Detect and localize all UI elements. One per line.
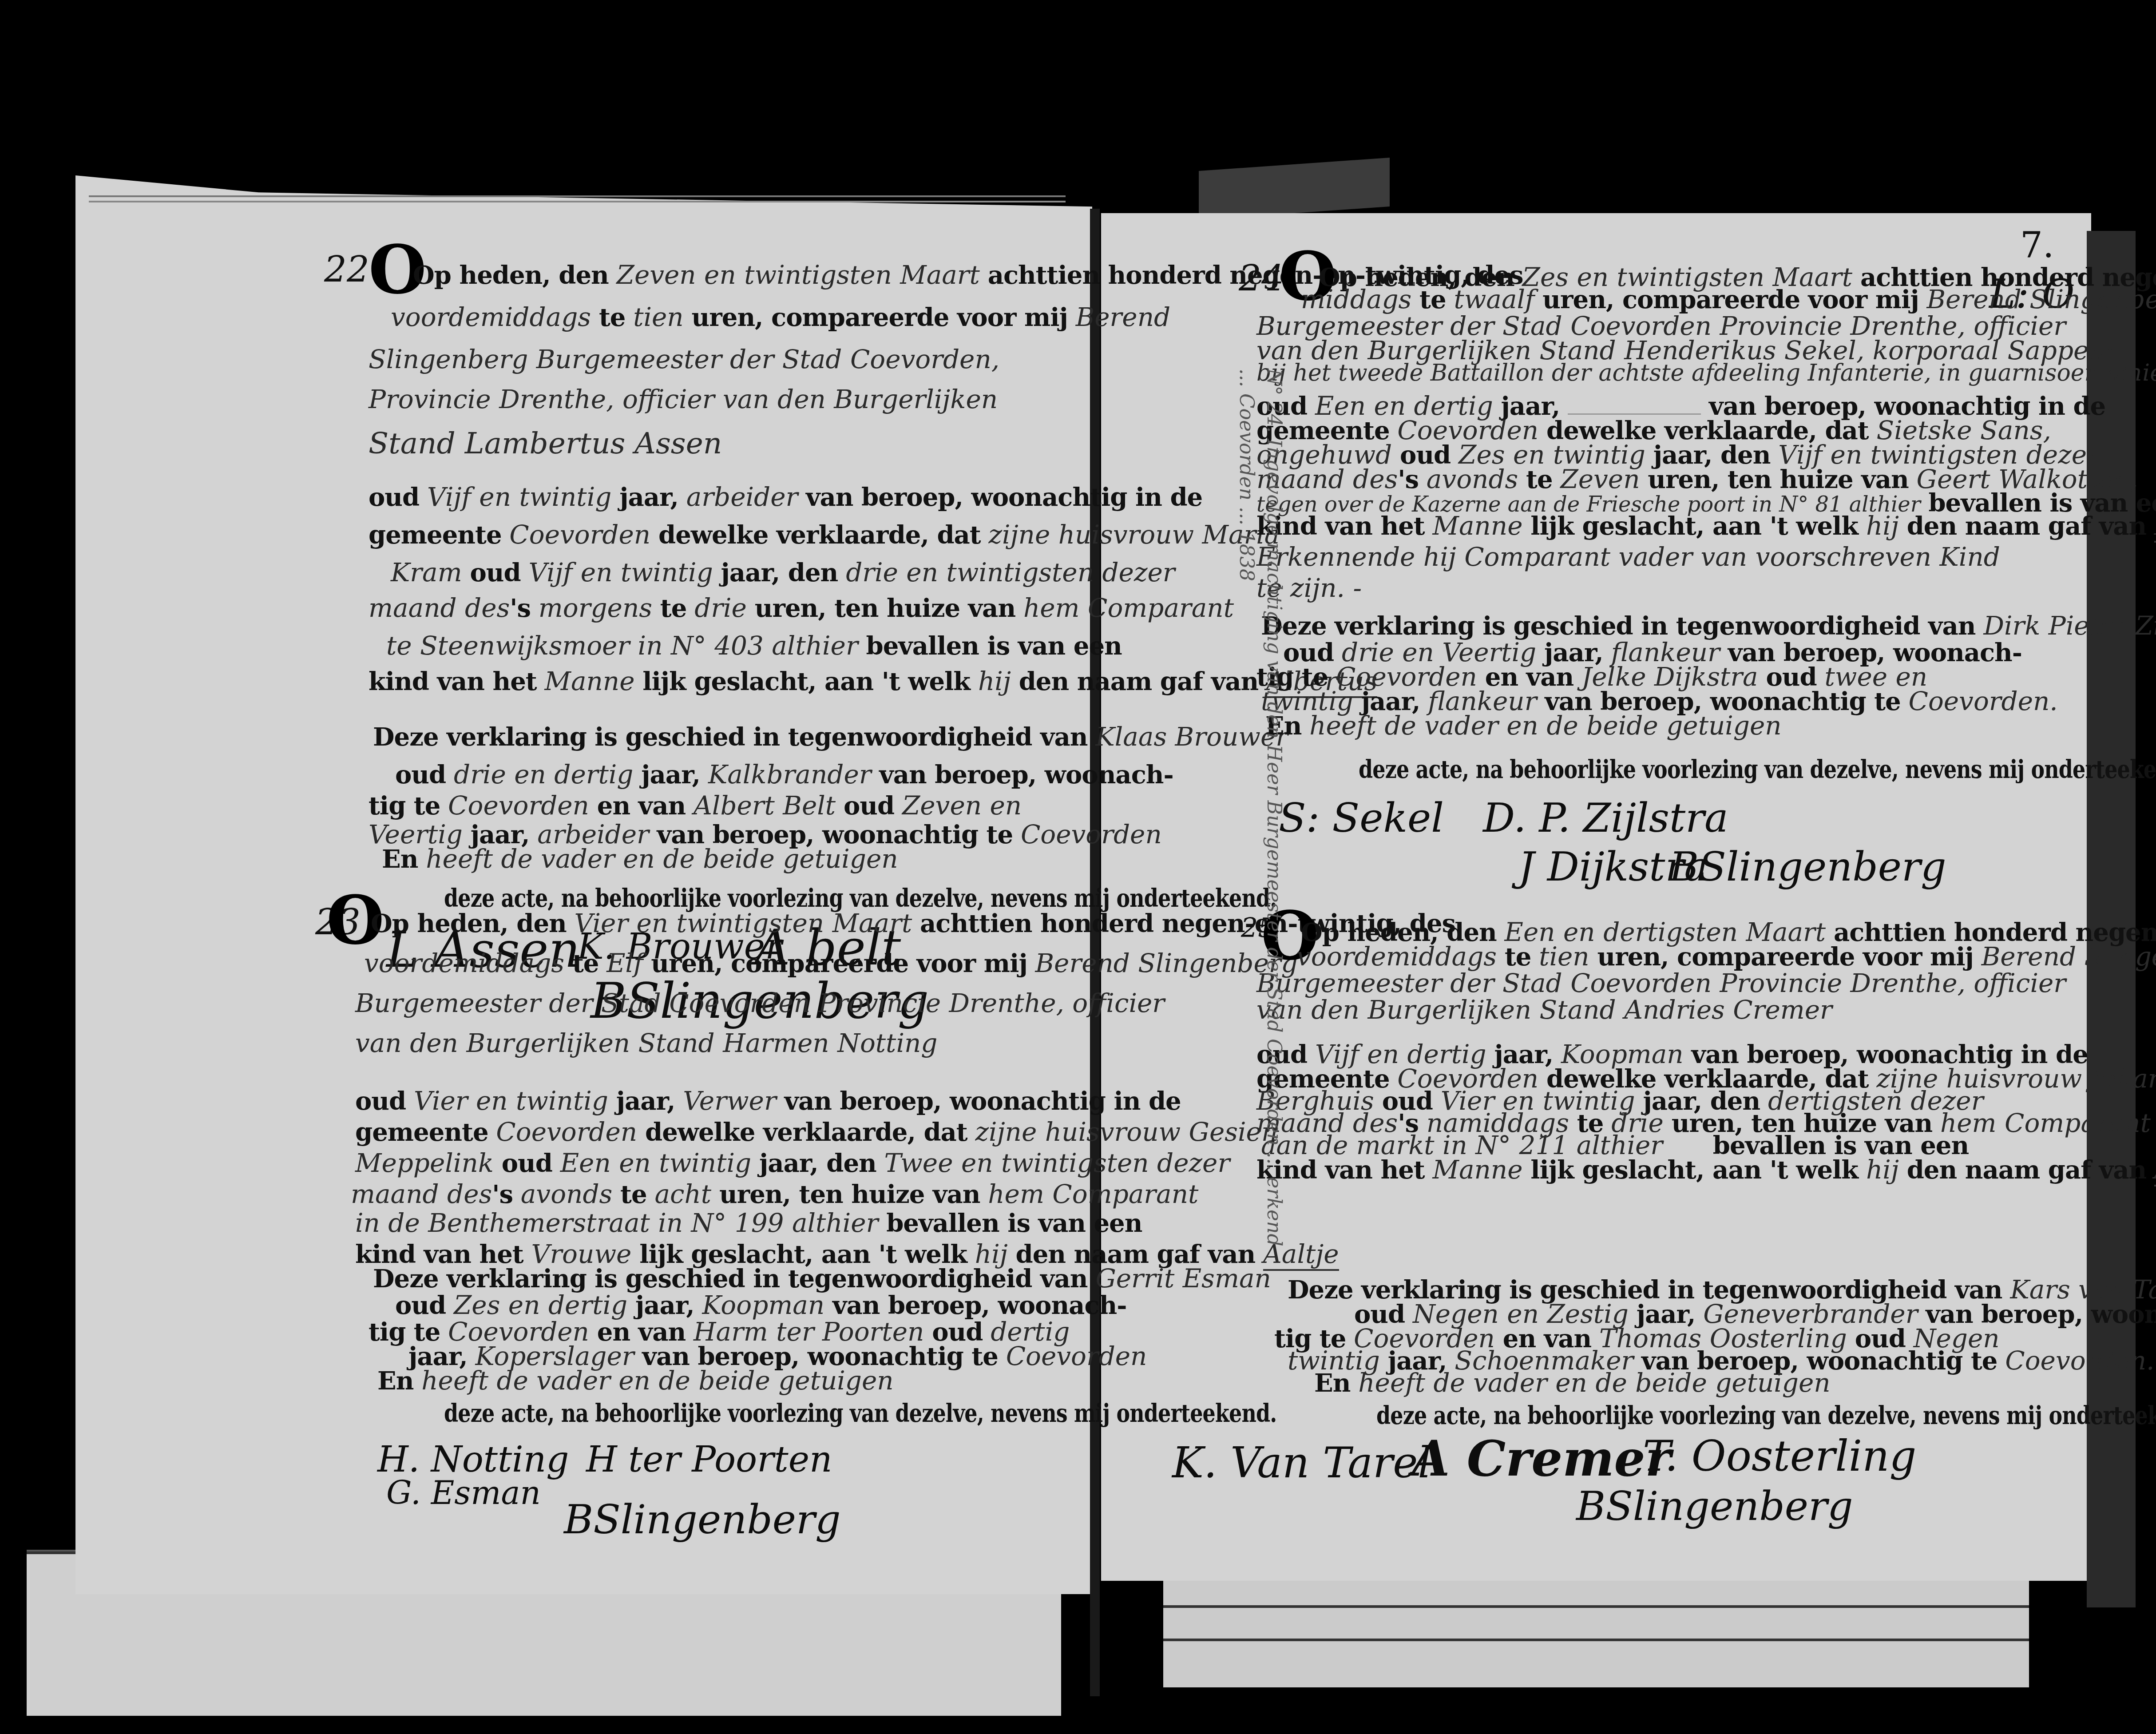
entry-number: 24 — [1239, 258, 1284, 299]
entry-line-4: van den Burgerlijken Stand Andries Creme… — [1256, 995, 1832, 1025]
signature: S: Sekel — [1279, 795, 1444, 841]
entry-line-10: kind van het Manne lijk geslacht, aan 't… — [1256, 1155, 2156, 1185]
witness-line-2: oud Zes en dertig jaar, Koopman van bero… — [395, 1290, 1126, 1320]
registrar-signature: BSlingenberg — [564, 1496, 841, 1543]
entry-line-8: Kram oud Vijf en twintig jaar, den drie … — [391, 557, 1175, 587]
witness-line-2: oud drie en dertig jaar, Kalkbrander van… — [395, 759, 1173, 790]
signature: G. Esman — [386, 1474, 541, 1512]
entry-line-9: in de Benthemerstraat in N° 199 althier … — [355, 1208, 1142, 1238]
entry-line-3: Burgemeester der Stad Coevorden Provinci… — [1256, 968, 2066, 998]
witness-line-5: En heeft de vader en de beide getuigen — [1265, 710, 1782, 741]
signature: H ter Poorten — [586, 1439, 832, 1480]
entry-line-8: maand des's avonds te acht uren, ten hui… — [351, 1179, 1198, 1209]
entry-line-2: voordemiddags te tien uren, compareerde … — [391, 302, 1170, 332]
entry-line-3: Burgemeester der Stad Coevorden Provinci… — [355, 988, 1165, 1018]
witness-line-5: En heeft de vader en de beide getuigen — [382, 844, 898, 874]
closing-line: deze acte, na behoorlijke voorlezing van… — [1359, 755, 2156, 784]
witness-line-1: Deze verklaring is geschied in tegenwoor… — [373, 1263, 1271, 1294]
witness-line-5: En heeft de vader en de beide getuigen — [1314, 1368, 1831, 1398]
entry-line-3: Slingenberg Burgemeester der Stad Coevor… — [369, 344, 999, 374]
page-number: 7. — [2020, 224, 2054, 266]
child-name: Henderikus — [2154, 511, 2156, 543]
signature: K. Van Tarel — [1172, 1439, 1431, 1488]
child-name: Andries — [2154, 1155, 2156, 1186]
signature: D. P. Zijlstra — [1483, 795, 1728, 841]
signature: A Cremer — [1412, 1430, 1671, 1487]
entry-line-5: oud Vier en twintig jaar, Verwer van ber… — [355, 1086, 1181, 1116]
entry-line-5: Stand Lambertus Assen — [369, 426, 722, 460]
entry-line-12: Erkennende hij Comparant vader van voors… — [1256, 542, 2000, 572]
entry-line-6: oud Vijf en twintig jaar, arbeider van b… — [369, 482, 1202, 512]
signature: T. Oosterling — [1643, 1432, 1916, 1481]
registrar-signature: BSlingenberg — [1576, 1483, 1853, 1530]
closing-line: deze acte, na behoorlijke voorlezing van… — [444, 1399, 1276, 1428]
closing-line: deze acte, na behoorlijke voorlezing van… — [1376, 1401, 2156, 1430]
entry-line-2: voordemiddags te tien uren, compareerde … — [1296, 941, 2156, 972]
entry-line-9: maand des's morgens te drie uren, ten hu… — [369, 593, 1234, 623]
entry-number: 22 — [324, 249, 369, 290]
left-page-top-edges — [89, 195, 1066, 202]
entry-line-7: Meppelink oud Een en twintig jaar, den T… — [355, 1148, 1230, 1178]
registrar-signature: BSlingenberg — [1669, 844, 1946, 890]
entry-line-5: bij het tweede Battaillon der achtste af… — [1256, 360, 2156, 386]
entry-line-2: middags te twaalf uren, compareerde voor… — [1301, 284, 2156, 314]
witness-line-3: tig te Coevorden en van Albert Belt oud … — [369, 790, 1022, 821]
witness-line-1: Deze verklaring is geschied in tegenwoor… — [1261, 611, 2156, 641]
margin-annotation: N° 24. Ingevolge machtiging van den Heer… — [1119, 369, 1288, 1257]
right-page-stack — [1163, 1581, 2029, 1687]
entry-line-4: van den Burgerlijken Stand Harmen Nottin… — [355, 1028, 937, 1058]
bookmark-tab — [1199, 158, 1390, 220]
entry-line-10: te Steenwijksmoer in N° 403 althier beva… — [386, 631, 1122, 661]
entry-line-11: kind van het Manne lijk geslacht, aan 't… — [1256, 511, 2156, 541]
witness-line-5: En heeft de vader en de beide getuigen — [377, 1365, 894, 1396]
entry-line-4: Provincie Drenthe, officier van den Burg… — [369, 384, 998, 414]
